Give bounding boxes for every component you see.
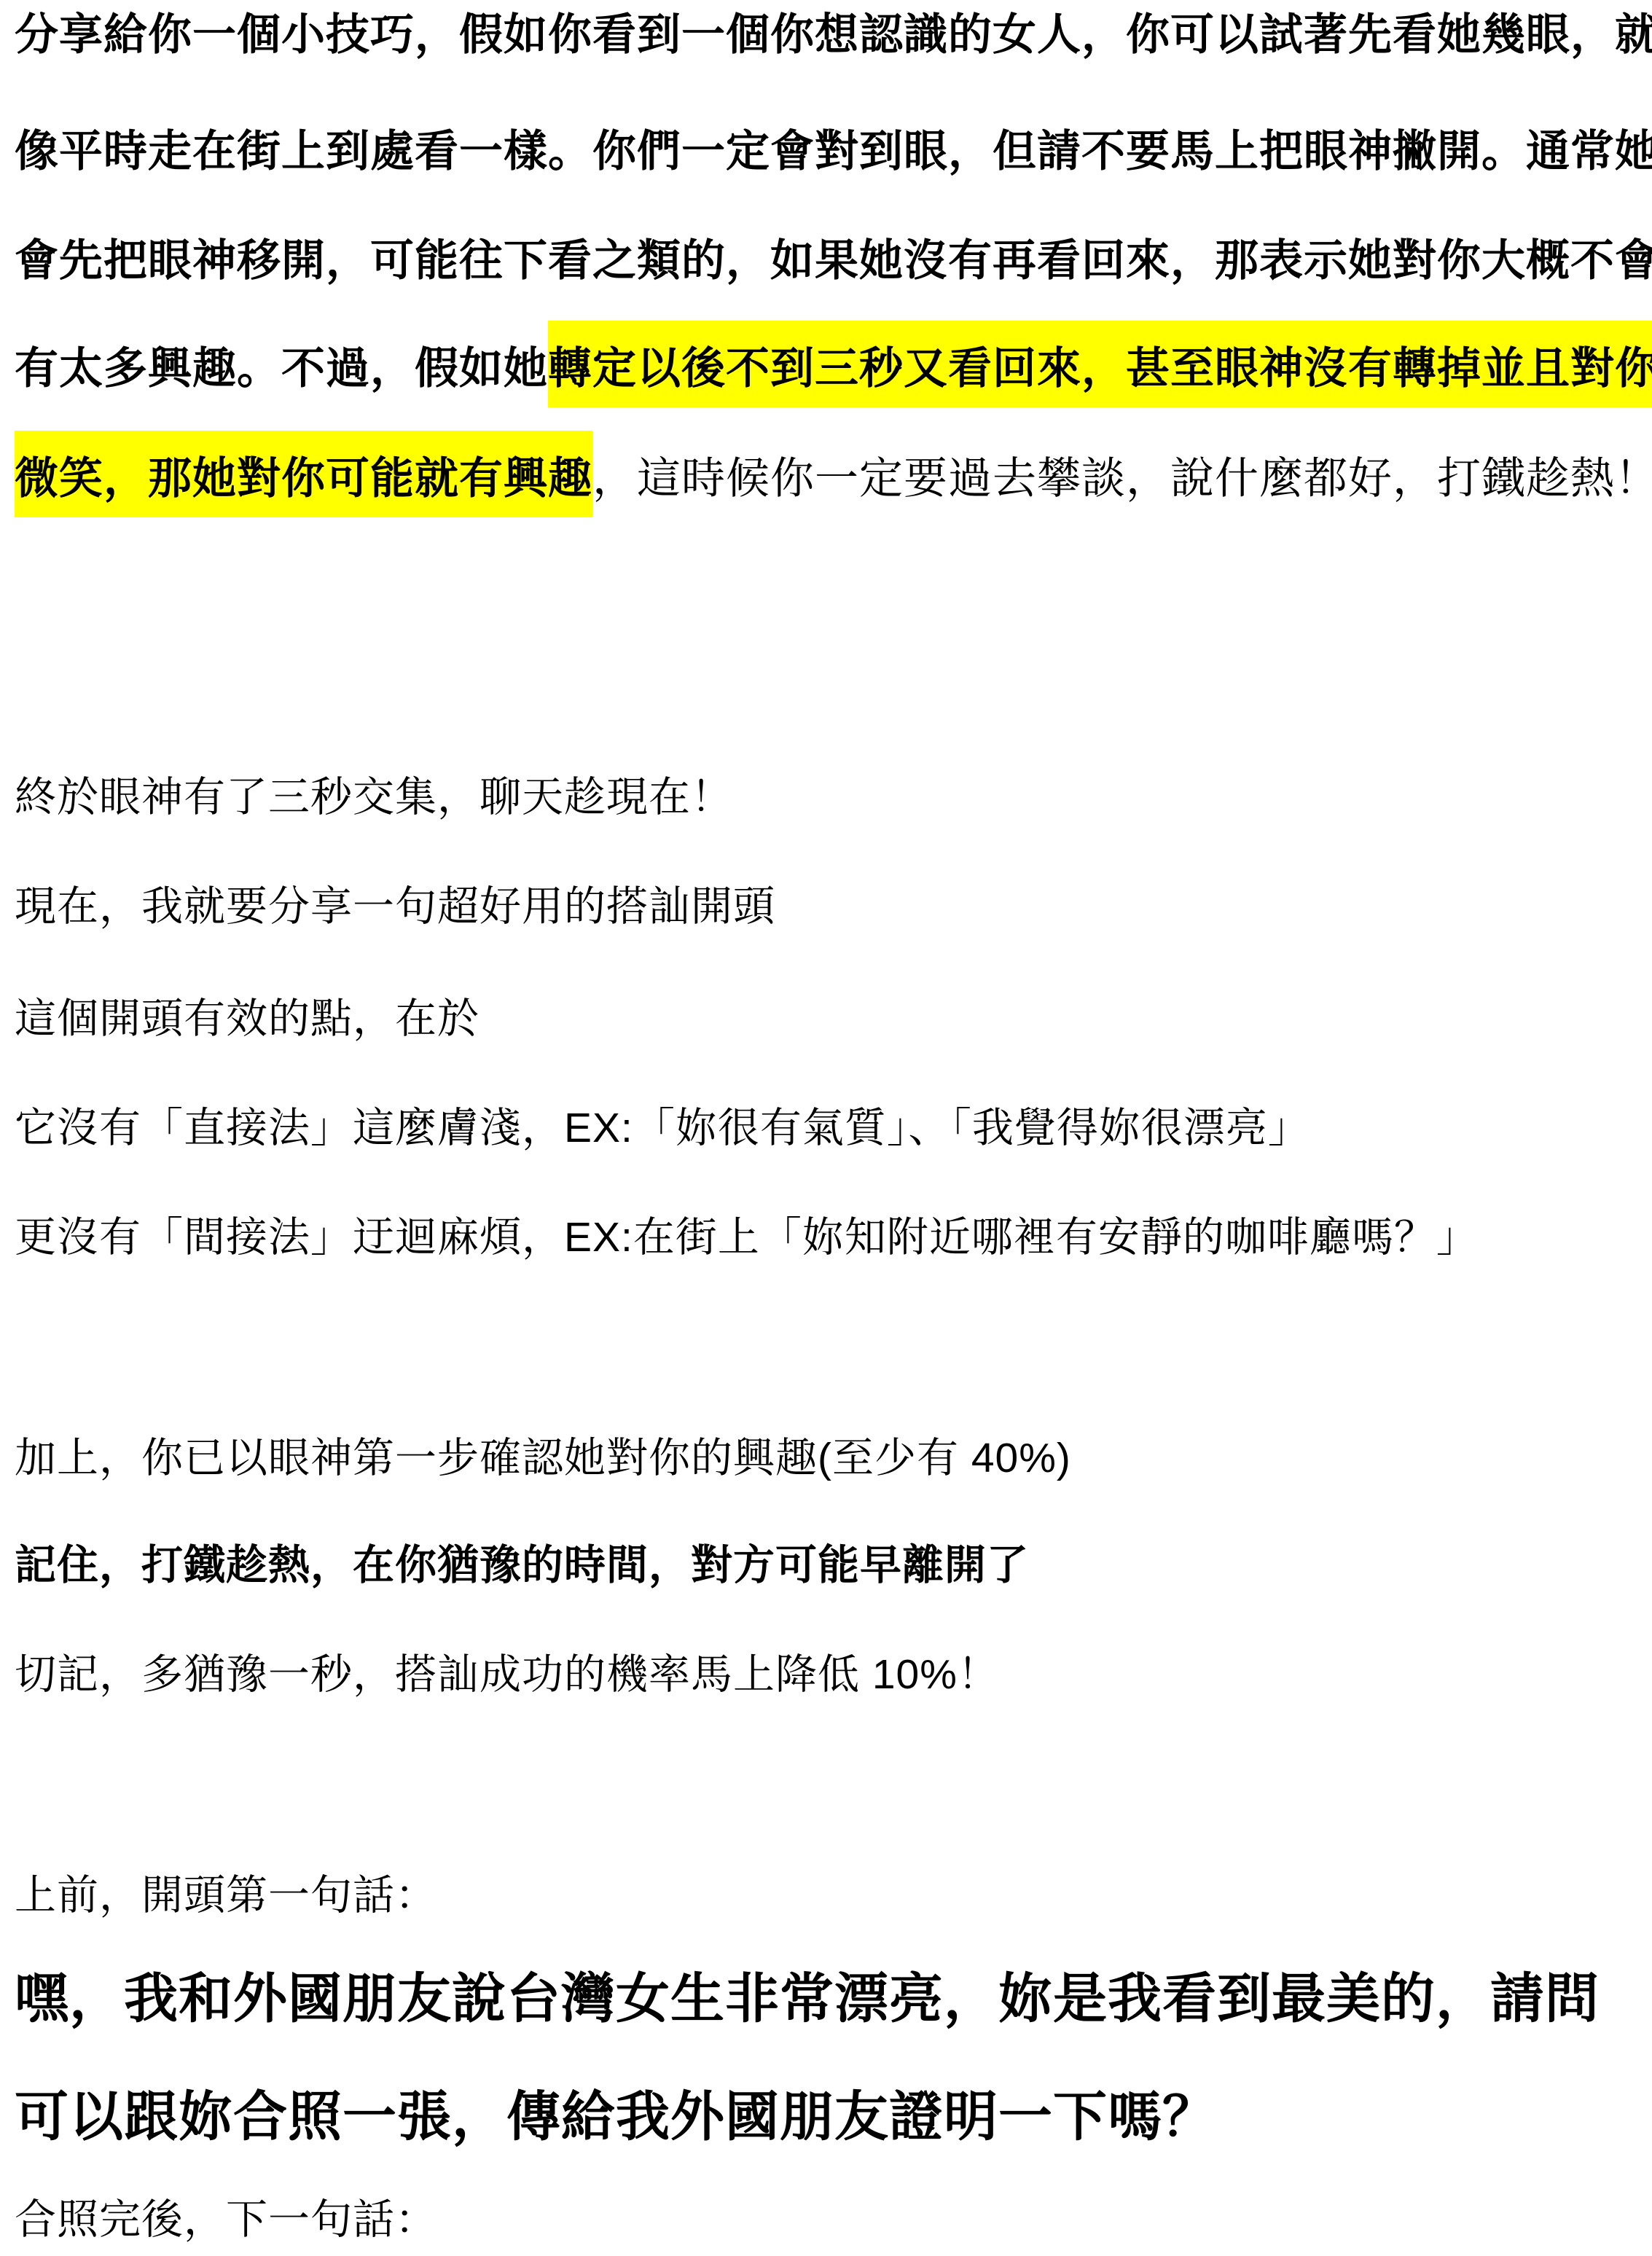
intro-line-5-text: ，這時候你一定要過去攀談，說什麼都好，打鐵趁熱！: [592, 454, 1652, 503]
paragraph-step-forward: 上前，開頭第一句話：: [15, 1875, 437, 1916]
paragraph-after-photo: 合照完後，下一句話：: [15, 2199, 437, 2241]
pickup-line-part-1: 嘿，我和外國朋友說台灣女生非常漂亮，妳是我看到最美的，請問: [15, 1972, 1600, 2026]
document-page: 分享給你一個小技巧，假如你看到一個你想認識的女人，你可以試著先看她幾眼，就 像平…: [0, 0, 1652, 2256]
intro-line-3: 會先把眼神移開，可能往下看之類的，如果她沒有再看回來，那表示她對你大概不會: [15, 239, 1652, 283]
paragraph-direct-method: 它沒有「直接法」這麼膚淺，EX:「妳很有氣質」、「我覺得妳很漂亮」: [15, 1108, 1310, 1149]
paragraph-remember-bold: 記住，打鐵趁熱，在你猶豫的時間，對方可能早離開了: [15, 1545, 1029, 1586]
intro-line-2: 像平時走在街上到處看一樣。你們一定會對到眼，但請不要馬上把眼神撇開。通常她: [15, 130, 1652, 173]
paragraph-eye-contact: 終於眼神有了三秒交集，聊天趁現在！: [15, 777, 733, 818]
intro-line-5: 微笑，那她對你可能就有興趣，這時候你一定要過去攀談，說什麼都好，打鐵趁熱！: [15, 457, 1652, 501]
paragraph-share-opener: 現在，我就要分享一句超好用的搭訕開頭: [15, 886, 775, 928]
intro-line-4: 有太多興趣。不過，假如她轉定以後不到三秒又看回來，甚至眼神沒有轉掉並且對你: [15, 347, 1652, 391]
paragraph-opener-point: 這個開頭有效的點，在於: [15, 998, 479, 1040]
pickup-line-part-2: 可以跟妳合照一張，傳給我外國朋友證明一下嗎？: [15, 2090, 1217, 2144]
intro-line-1: 分享給你一個小技巧，假如你看到一個你想認識的女人，你可以試著先看她幾眼，就: [15, 13, 1652, 57]
paragraph-interest-confirmed: 加上，你已以眼神第一步確認她對你的興趣(至少有 40%): [15, 1438, 1071, 1479]
highlighted-text-run-2: 微笑，那她對你可能就有興趣: [15, 431, 592, 517]
paragraph-hesitate-warning: 切記，多猶豫一秒，搭訕成功的機率馬上降低 10%！: [15, 1654, 1000, 1696]
highlighted-text-run-1: 轉定以後不到三秒又看回來，甚至眼神沒有轉掉並且對你: [548, 321, 1652, 407]
paragraph-indirect-method: 更沒有「間接法」迂迴麻煩，EX:在街上「妳知附近哪裡有安靜的咖啡廳嗎？」: [15, 1217, 1479, 1258]
intro-line-4-text: 有太多興趣。不過，假如她: [15, 344, 548, 393]
